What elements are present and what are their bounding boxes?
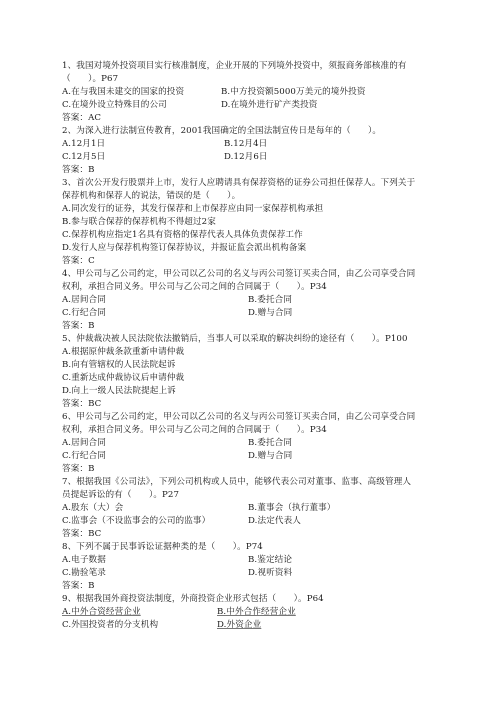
question-text: 员提起诉讼的有（ ）。P27: [62, 489, 432, 502]
question-text: 保荐机构和保荐人的说法，错误的是（ ）。: [62, 190, 432, 203]
option-row: A.股东（大）会 B.董事会（执行董事）: [62, 502, 432, 515]
option-c: C.外国投资者的分支机构: [62, 619, 158, 632]
question-6: 6、甲公司与乙公司约定，甲公司以乙公司的名义与丙公司签订买卖合同，由乙公司享受合…: [62, 411, 432, 476]
option-d: D.赠与合同: [248, 450, 292, 463]
option-d: D.12月6日: [224, 151, 268, 164]
option-c: C.保荐机构应指定1名具有资格的保荐代表人具体负责保荐工作: [62, 229, 432, 242]
answer: 答案：B: [62, 320, 432, 333]
option-c: C.行纪合同: [62, 307, 106, 320]
option-row: C.行纪合同 D.赠与合同: [62, 307, 432, 320]
question-text: 4、甲公司与乙公司约定，甲公司以乙公司的名义与丙公司签订买卖合同，由乙公司享受合…: [62, 268, 432, 281]
option-row: C.监事会（不设监事会的公司的监事） D.法定代表人: [62, 515, 432, 528]
option-b: B.委托合同: [248, 437, 292, 450]
question-8: 8、下列不属于民事诉讼证据种类的是（ ）。P74 A.电子数据 B.鉴定结论 C…: [62, 541, 432, 593]
answer: 答案：B: [62, 580, 432, 593]
question-text: 2、为深入进行法制宣传教育，2001我国确定的全国法制宣传日是每年的（ ）。: [62, 125, 432, 138]
option-d: D.视听资料: [248, 567, 292, 580]
option-b: B.中方投资额5000万美元的境外投资: [221, 86, 366, 99]
option-b: B.12月4日: [224, 138, 267, 151]
option-row: C.外国投资者的分支机构 D.外资企业: [62, 619, 432, 632]
option-row: A.12月1日 B.12月4日: [62, 138, 432, 151]
question-9: 9、根据我国外商投资法制度，外商投资企业形式包括（ ）。P64 A.中外合资经营…: [62, 593, 432, 632]
option-a: A.居间合同: [62, 437, 106, 450]
option-c: C.勘验笔录: [62, 567, 106, 580]
option-a: A.同次发行的证券，其发行保荐和上市保荐应由同一家保荐机构承担: [62, 203, 432, 216]
option-a: A.在与我国未建交的国家的投资: [62, 86, 184, 99]
option-d: D.赠与合同: [248, 307, 292, 320]
option-d: D.发行人应与保荐机构签订保荐协议，并报证监会派出机构备案: [62, 242, 432, 255]
option-row: A.居间合同 B.委托合同: [62, 294, 432, 307]
option-row: A.在与我国未建交的国家的投资 B.中方投资额5000万美元的境外投资: [62, 86, 432, 99]
option-b: B.董事会（执行董事）: [248, 502, 336, 515]
option-row: C.行纪合同 D.赠与合同: [62, 450, 432, 463]
option-row: A.电子数据 B.鉴定结论: [62, 554, 432, 567]
option-c: C.在境外设立特殊目的公司: [62, 99, 167, 112]
option-row: C.勘验笔录 D.视听资料: [62, 567, 432, 580]
option-a: A.电子数据: [62, 554, 106, 567]
question-4: 4、甲公司与乙公司约定，甲公司以乙公司的名义与丙公司签订买卖合同，由乙公司享受合…: [62, 268, 432, 333]
option-b: B.鉴定结论: [248, 554, 292, 567]
answer: 答案：C: [62, 255, 432, 268]
question-3: 3、首次公开发行股票并上市，发行人应聘请具有保荐资格的证券公司担任保荐人。下列关…: [62, 177, 432, 268]
question-text: 权利，承担合同义务。甲公司与乙公司之间的合同属于（ ）。P34: [62, 424, 432, 437]
option-c: C.重新达成仲裁协议后申请仲裁: [62, 372, 432, 385]
option-a: A.股东（大）会: [62, 502, 123, 515]
option-row: C.12月5日 D.12月6日: [62, 151, 432, 164]
question-text: 7、根据我国《公司法》，下列公司机构或人员中，能够代表公司对董事、监事、高级管理…: [62, 476, 432, 489]
option-c: C.12月5日: [62, 151, 105, 164]
option-b: B.委托合同: [248, 294, 292, 307]
option-c: C.监事会（不设监事会的公司的监事）: [62, 515, 210, 528]
answer: 答案：B: [62, 164, 432, 177]
question-text: 权利，承担合同义务。甲公司与乙公司之间的合同属于（ ）。P34: [62, 281, 432, 294]
question-text: （ ）。P67: [62, 73, 432, 86]
option-row: A.居间合同 B.委托合同: [62, 437, 432, 450]
answer: 答案：BC: [62, 398, 432, 411]
question-text: 8、下列不属于民事诉讼证据种类的是（ ）。P74: [62, 541, 432, 554]
question-text: 6、甲公司与乙公司约定，甲公司以乙公司的名义与丙公司签订买卖合同，由乙公司享受合…: [62, 411, 432, 424]
question-1: 1、我国对境外投资项目实行核准制度，企业开展的下列境外投资中，须报商务部核准的有…: [62, 60, 432, 125]
option-d: D.向上一级人民法院提起上诉: [62, 385, 432, 398]
question-2: 2、为深入进行法制宣传教育，2001我国确定的全国法制宣传日是每年的（ ）。 A…: [62, 125, 432, 177]
option-b: B.向有管辖权的人民法院起诉: [62, 359, 432, 372]
option-b: B.中外合作经营企业: [217, 606, 296, 619]
question-text: 9、根据我国外商投资法制度，外商投资企业形式包括（ ）。P64: [62, 593, 432, 606]
option-b: B.参与联合保荐的保荐机构不得超过2家: [62, 216, 432, 229]
question-5: 5、仲裁裁决被人民法院依法撤销后，当事人可以采取的解决纠纷的途径有（ ）。P10…: [62, 333, 432, 411]
option-c: C.行纪合同: [62, 450, 106, 463]
option-a: A.中外合资经营企业: [62, 606, 141, 619]
option-a: A.居间合同: [62, 294, 106, 307]
answer: 答案：BC: [62, 528, 432, 541]
option-a: A.12月1日: [62, 138, 105, 151]
option-d: D.在境外进行矿产类投资: [221, 99, 317, 112]
answer: 答案：B: [62, 463, 432, 476]
answer: 答案：AC: [62, 112, 432, 125]
option-d: D.外资企业: [217, 619, 261, 632]
option-a: A.根据原仲裁条款重新申请仲裁: [62, 346, 432, 359]
question-text: 3、首次公开发行股票并上市，发行人应聘请具有保荐资格的证券公司担任保荐人。下列关…: [62, 177, 432, 190]
option-row: A.中外合资经营企业 B.中外合作经营企业: [62, 606, 432, 619]
question-7: 7、根据我国《公司法》，下列公司机构或人员中，能够代表公司对董事、监事、高级管理…: [62, 476, 432, 541]
question-text: 5、仲裁裁决被人民法院依法撤销后，当事人可以采取的解决纠纷的途径有（ ）。P10…: [62, 333, 432, 346]
option-row: C.在境外设立特殊目的公司 D.在境外进行矿产类投资: [62, 99, 432, 112]
document-page: 1、我国对境外投资项目实行核准制度，企业开展的下列境外投资中，须报商务部核准的有…: [62, 60, 432, 632]
option-d: D.法定代表人: [248, 515, 301, 528]
question-text: 1、我国对境外投资项目实行核准制度，企业开展的下列境外投资中，须报商务部核准的有: [62, 60, 432, 73]
